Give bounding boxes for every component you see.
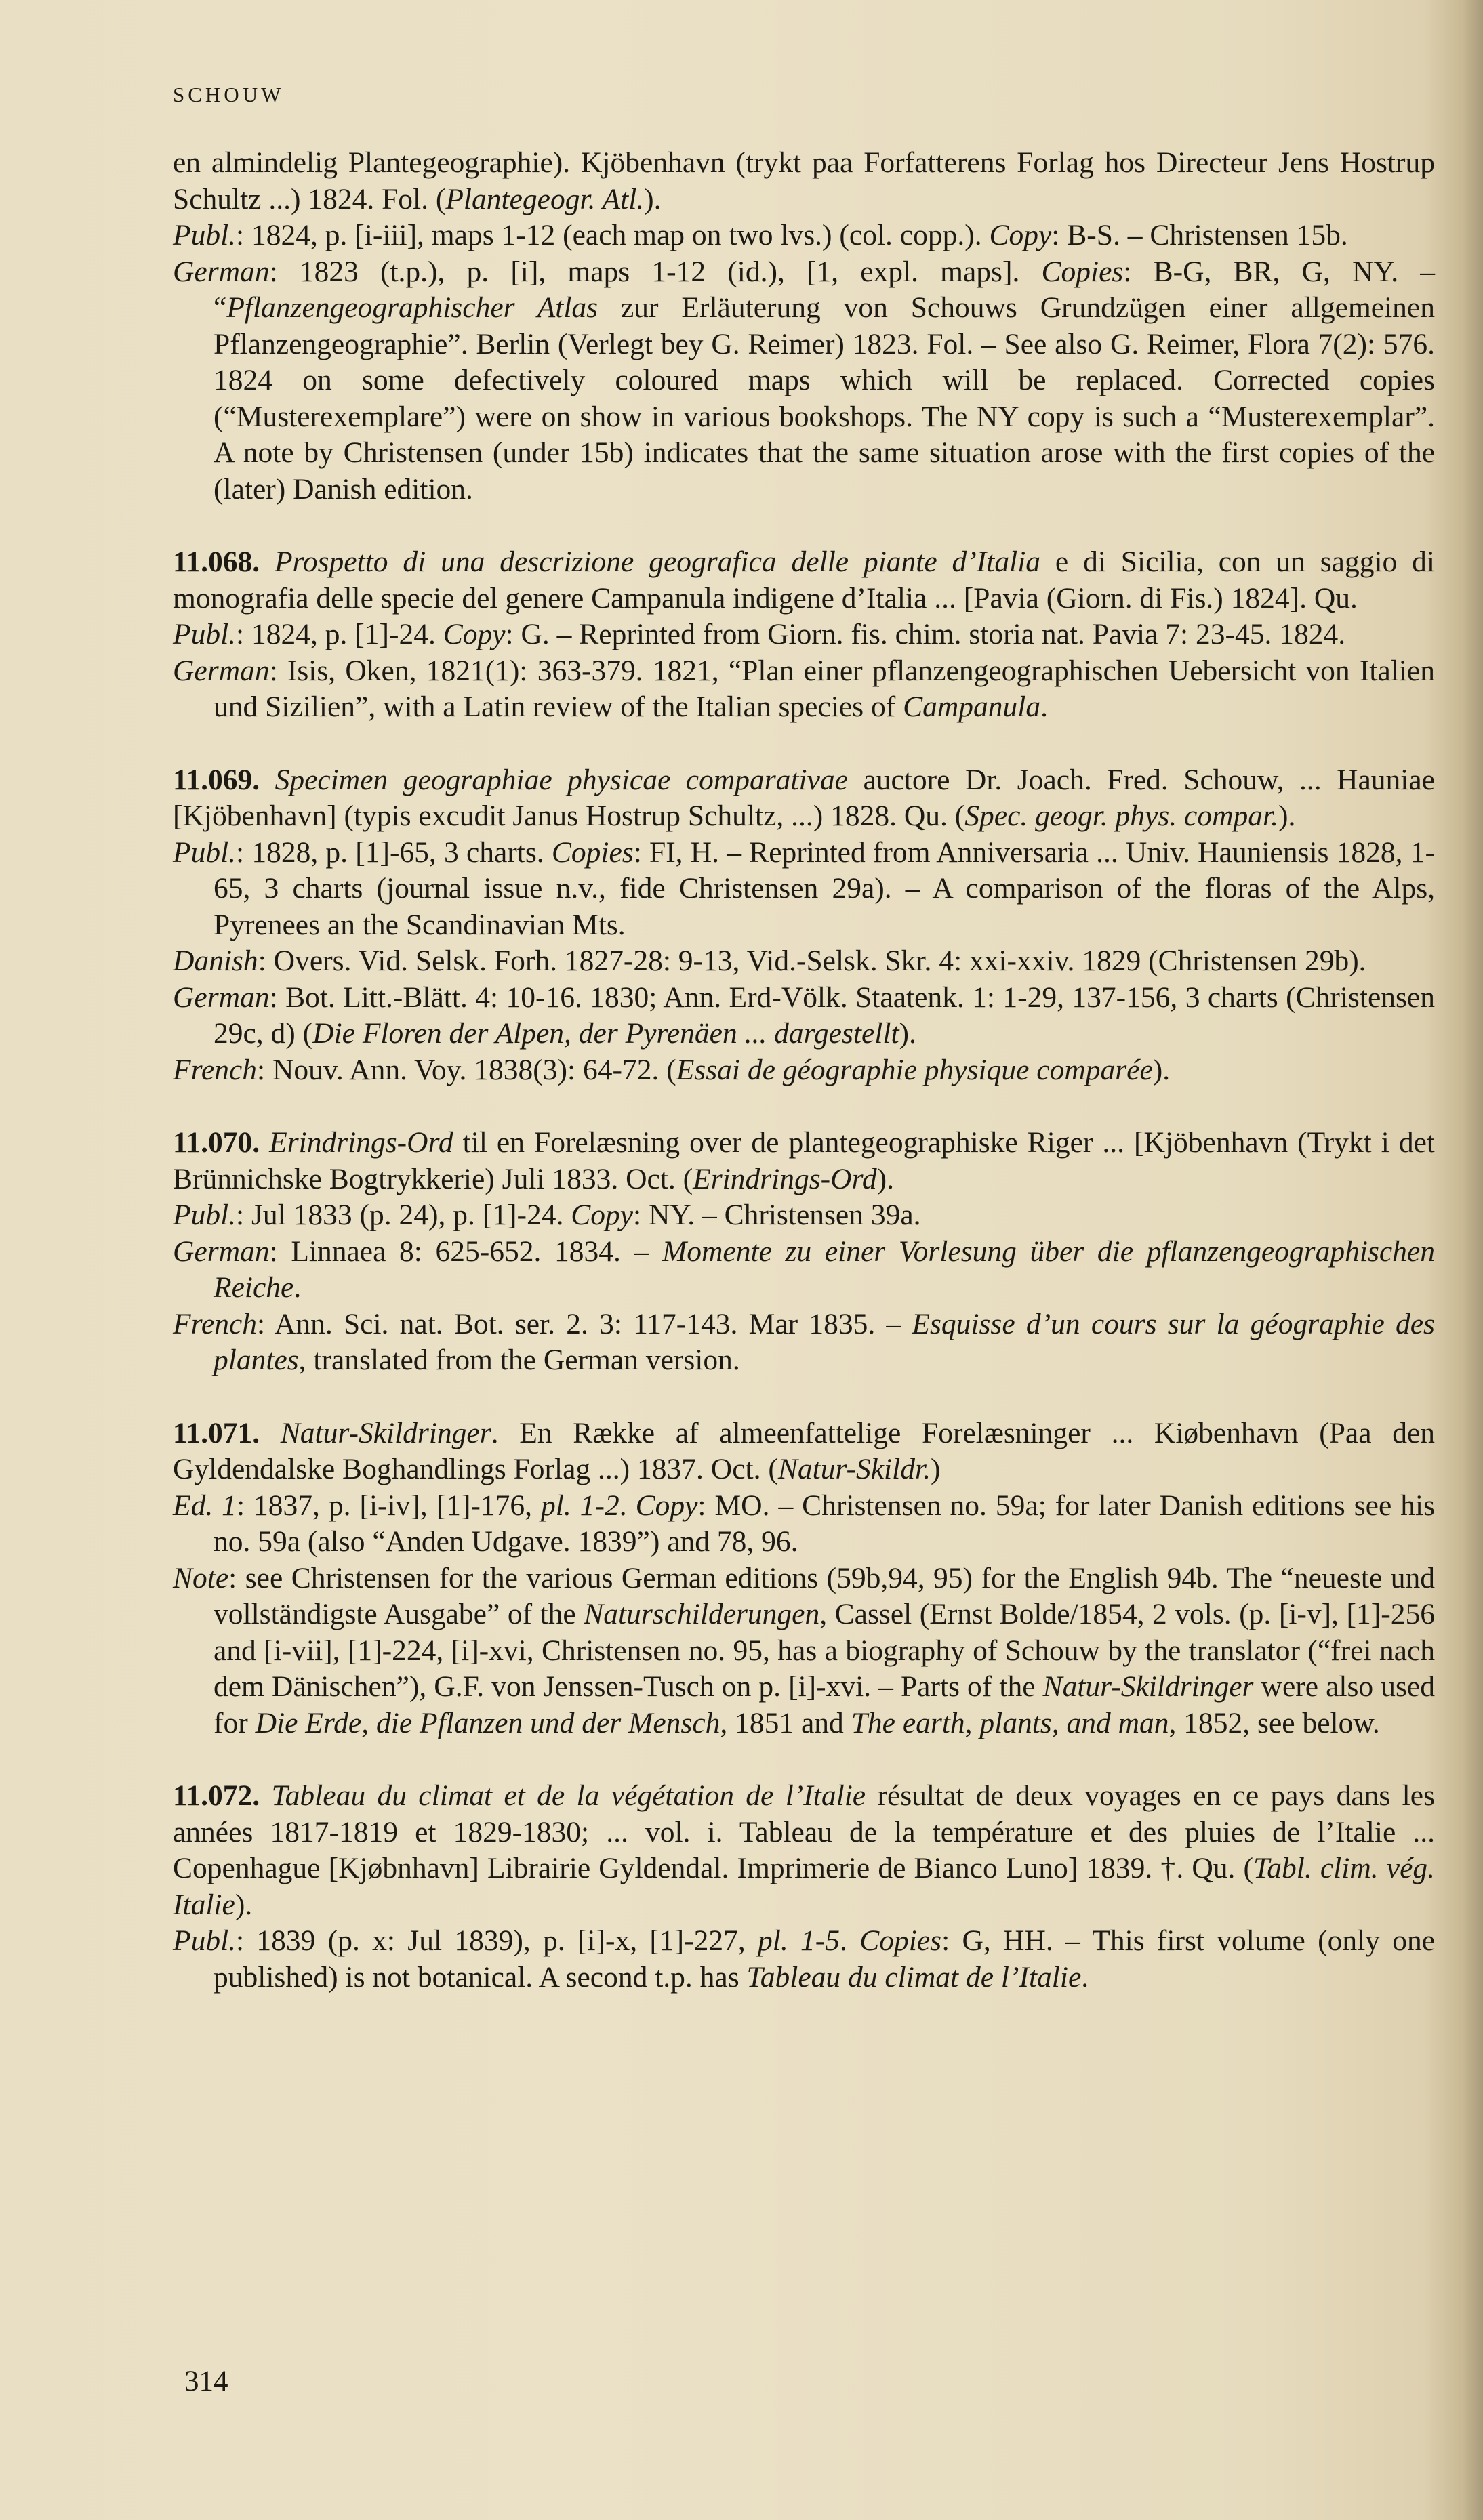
note-text: : Jul 1833 (p. 24), p. [1]-24.	[236, 1199, 571, 1231]
short-title: Natur-Skildr.	[778, 1453, 931, 1485]
italic-title: The earth, plants, and man	[851, 1707, 1169, 1739]
entry-heading: 11.068. Prospetto di una descrizione geo…	[173, 544, 1435, 617]
entry-title: Natur-Skildringer	[281, 1417, 491, 1449]
note-text: : Nouv. Ann. Voy. 1838(3): 64-72. (	[257, 1054, 676, 1086]
note-label: German	[173, 981, 270, 1014]
punctuation: )	[931, 1453, 941, 1485]
note-text: : 1828, p. [1]-65, 3 charts.	[236, 836, 552, 869]
page-number: 314	[184, 2365, 228, 2398]
note-label: Ed. 1	[173, 1489, 237, 1522]
entry-11-072: 11.072. Tableau du climat et de la végét…	[173, 1778, 1435, 1996]
italic-title: Pflanzengeographischer Atlas	[226, 291, 598, 324]
note-label: Copy	[989, 219, 1051, 251]
entry-number: 11.072.	[173, 1779, 260, 1812]
note-label: French	[173, 1054, 257, 1086]
note-text: : 1823 (t.p.), p. [i], maps 1-12 (id.), …	[270, 255, 1042, 288]
entry-number: 11.071.	[173, 1417, 260, 1449]
note-text: .	[1081, 1961, 1089, 1994]
short-title: Spec. geogr. phys. compar.	[964, 800, 1278, 832]
italic-title: Essai de géographie physique comparée	[676, 1054, 1153, 1086]
note-label: Danish	[173, 945, 258, 977]
publ-note: Publ.: 1839 (p. x: Jul 1839), p. [i]-x, …	[173, 1923, 1435, 1996]
note-text: : Overs. Vid. Selsk. Forh. 1827-28: 9-13…	[258, 945, 1366, 977]
entry-11-068: 11.068. Prospetto di una descrizione geo…	[173, 544, 1435, 726]
note-text: : B-S. – Christensen 15b.	[1051, 219, 1347, 251]
running-head: SCHOUW	[173, 83, 284, 107]
publ-note: Publ.: 1824, p. [1]-24. Copy: G. – Repri…	[173, 617, 1435, 653]
note-text: , translated from the German version.	[299, 1344, 740, 1376]
entry-heading: 11.071. Natur-Skildringer. En Række af a…	[173, 1416, 1435, 1488]
entry-continuation: en almindelig Plantegeographie). Kjöbenh…	[173, 145, 1435, 508]
note-text: .	[1040, 690, 1048, 723]
italic-title: Die Erde, die Pflanzen und der Mensch	[256, 1707, 720, 1739]
french-note: French: Nouv. Ann. Voy. 1838(3): 64-72. …	[173, 1052, 1435, 1089]
note-label: French	[173, 1308, 257, 1340]
note-label: Copies	[552, 836, 634, 869]
german-note: German: Isis, Oken, 1821(1): 363-379. 18…	[173, 653, 1435, 726]
italic-title: Tableau du climat de l’Italie	[747, 1961, 1082, 1994]
note-text: : 1824, p. [i-iii], maps 1-12 (each map …	[236, 219, 989, 251]
page-content: en almindelig Plantegeographie). Kjöbenh…	[173, 145, 1435, 1996]
italic-title: Die Floren der Alpen, der Pyrenäen ... d…	[312, 1017, 899, 1050]
note-label: Copy	[571, 1199, 633, 1231]
italic-title: Campanula	[903, 690, 1040, 723]
entry-heading: 11.070. Erindrings-Ord til en Forelæsnin…	[173, 1125, 1435, 1197]
italic-title: Natur-Skildringer	[1043, 1670, 1254, 1703]
plates-count: pl. 1-5	[758, 1924, 840, 1957]
note-text: ).	[899, 1017, 916, 1050]
note-text: .	[840, 1924, 859, 1957]
italic-title: Naturschilderungen	[584, 1598, 819, 1630]
entry-11-071: 11.071. Natur-Skildringer. En Række af a…	[173, 1416, 1435, 1742]
short-title: Plantegeogr. Atl.	[445, 183, 644, 215]
note-label: Publ.	[173, 1924, 236, 1957]
punctuation: ).	[235, 1888, 252, 1921]
entry-heading: 11.072. Tableau du climat et de la végét…	[173, 1778, 1435, 1923]
short-title: Erindrings-Ord	[693, 1163, 877, 1195]
note-text: .	[619, 1489, 636, 1522]
entry-title: Erindrings-Ord	[269, 1126, 453, 1159]
german-note: German: 1823 (t.p.), p. [i], maps 1-12 (…	[173, 254, 1435, 508]
entry-11-069: 11.069. Specimen geographiae physicae co…	[173, 762, 1435, 1089]
note-label: Copy	[443, 618, 506, 650]
note-text: , 1851 and	[720, 1707, 851, 1739]
punctuation: ).	[1278, 800, 1295, 832]
title-text: en almindelig Plantegeographie). Kjöbenh…	[173, 146, 1435, 215]
note-text: : G. – Reprinted from Giorn. fis. chim. …	[506, 618, 1346, 650]
note-label: Publ.	[173, 836, 236, 869]
plates-count: pl. 1-2	[541, 1489, 619, 1522]
note-text: : 1824, p. [1]-24.	[236, 618, 443, 650]
punctuation: ).	[877, 1163, 894, 1195]
note-label: German	[173, 255, 270, 288]
entry-11-070: 11.070. Erindrings-Ord til en Forelæsnin…	[173, 1125, 1435, 1379]
note-text: : 1837, p. [i-iv], [1]-176,	[237, 1489, 541, 1522]
edition-note: Ed. 1: 1837, p. [i-iv], [1]-176, pl. 1-2…	[173, 1488, 1435, 1561]
german-note: German: Bot. Litt.-Blätt. 4: 10-16. 1830…	[173, 980, 1435, 1052]
entry-number: 11.069.	[173, 764, 260, 796]
note-text: : Isis, Oken, 1821(1): 363-379. 1821, “P…	[214, 655, 1435, 724]
note-label: German	[173, 655, 270, 687]
entry-number: 11.068.	[173, 545, 260, 578]
note-label: Publ.	[173, 1199, 236, 1231]
publ-note: Publ.: Jul 1833 (p. 24), p. [1]-24. Copy…	[173, 1197, 1435, 1234]
note-text: : Linnaea 8: 625-652. 1834. –	[270, 1235, 662, 1268]
entry-title: Tableau du climat et de la végétation de…	[271, 1779, 866, 1812]
note-text: .	[293, 1271, 301, 1304]
note-label: Publ.	[173, 219, 236, 251]
note-text: : NY. – Christensen 39a.	[633, 1199, 921, 1231]
title-text: ).	[644, 183, 661, 215]
publ-note: Publ.: 1824, p. [i-iii], maps 1-12 (each…	[173, 218, 1435, 254]
danish-note: Danish: Overs. Vid. Selsk. Forh. 1827-28…	[173, 943, 1435, 980]
french-note: French: Ann. Sci. nat. Bot. ser. 2. 3: 1…	[173, 1306, 1435, 1379]
note-label: German	[173, 1235, 270, 1268]
note-paragraph: Note: see Christensen for the various Ge…	[173, 1561, 1435, 1742]
entry-title: Specimen geographiae physicae comparativ…	[275, 764, 848, 796]
note-text: : 1839 (p. x: Jul 1839), p. [i]-x, [1]-2…	[236, 1924, 758, 1957]
note-label: Copies	[859, 1924, 941, 1957]
note-label: Note	[173, 1562, 228, 1594]
entry-heading: 11.069. Specimen geographiae physicae co…	[173, 762, 1435, 835]
note-text: : Ann. Sci. nat. Bot. ser. 2. 3: 117-143…	[257, 1308, 912, 1340]
entry-title: Prospetto di una descrizione geografica …	[275, 545, 1040, 578]
note-label: Copy	[636, 1489, 698, 1522]
note-label: Publ.	[173, 618, 236, 650]
note-label: Copies	[1041, 255, 1123, 288]
entry-title-continuation: en almindelig Plantegeographie). Kjöbenh…	[173, 145, 1435, 218]
note-text: ).	[1153, 1054, 1170, 1086]
german-note: German: Linnaea 8: 625-652. 1834. – Mome…	[173, 1234, 1435, 1306]
publ-note: Publ.: 1828, p. [1]-65, 3 charts. Copies…	[173, 835, 1435, 944]
note-text: , 1852, see below.	[1169, 1707, 1380, 1739]
entry-number: 11.070.	[173, 1126, 260, 1159]
